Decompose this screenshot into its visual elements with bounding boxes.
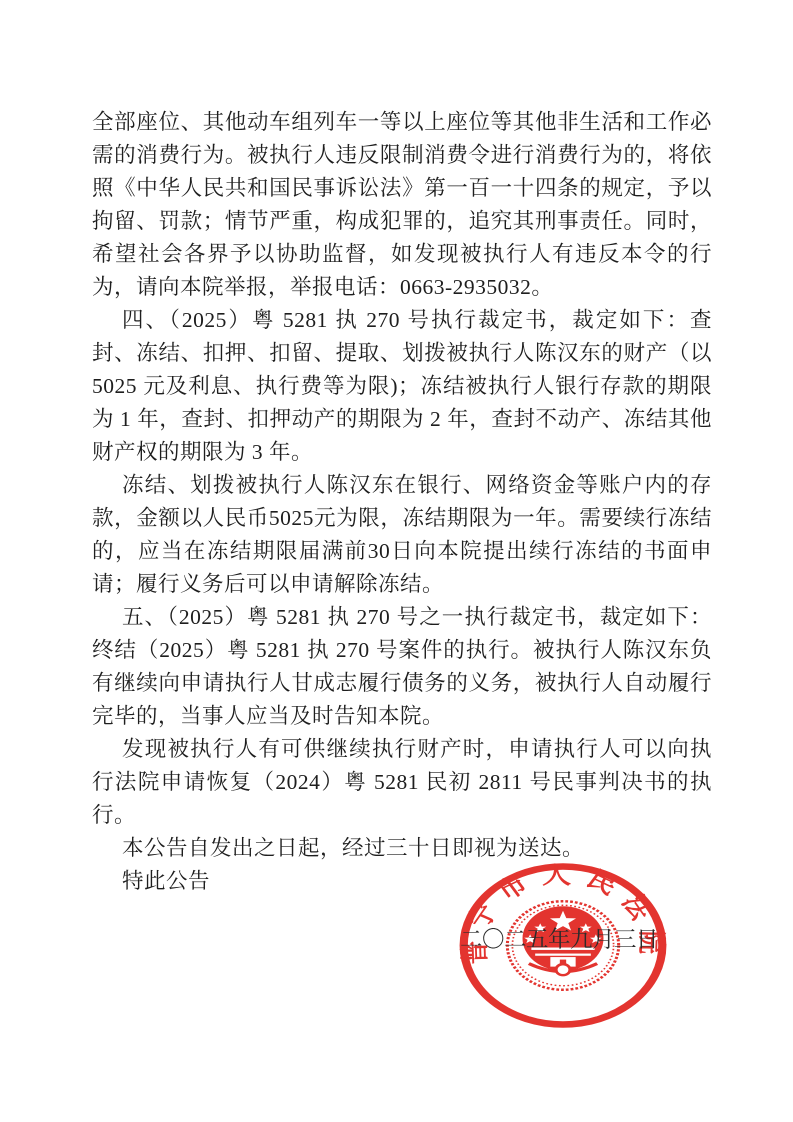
- issue-date: 二〇二五年九月三日: [460, 927, 680, 953]
- paragraph-ruling-item-5: 五、（2025）粤 5281 执 270 号之一执行裁定书，裁定如下：终结（20…: [92, 601, 712, 733]
- paragraph-consumption-restriction: 全部座位、其他动车组列车一等以上座位等其他非生活和工作必需的消费行为。被执行人违…: [92, 106, 712, 304]
- paragraph-resume-execution: 发现被执行人有可供继续执行财产时，申请执行人可以向执行法院申请恢复（2024）粤…: [92, 733, 712, 832]
- paragraph-service-deemed: 本公告自发出之日起，经过三十日即视为送达。: [92, 832, 712, 865]
- court-notice-page: 全部座位、其他动车组列车一等以上座位等其他非生活和工作必需的消费行为。被执行人违…: [0, 0, 793, 1122]
- paragraph-ruling-item-4: 四、（2025）粤 5281 执 270 号执行裁定书，裁定如下：查封、冻结、扣…: [92, 304, 712, 469]
- notice-body-text: 全部座位、其他动车组列车一等以上座位等其他非生活和工作必需的消费行为。被执行人违…: [92, 106, 712, 898]
- paragraph-freeze-transfer: 冻结、划拨被执行人陈汉东在银行、网络资金等账户内的存款，金额以人民币5025元为…: [92, 469, 712, 601]
